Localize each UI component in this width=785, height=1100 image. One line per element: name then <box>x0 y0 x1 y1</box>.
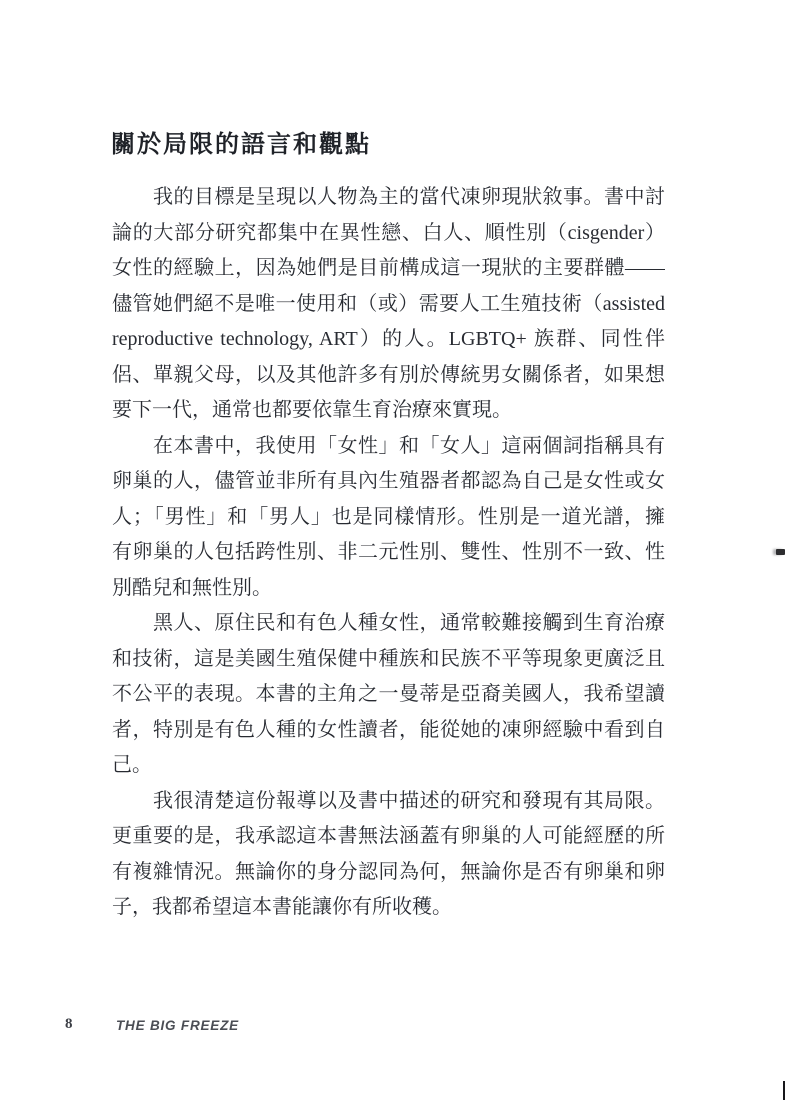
running-title: THE BIG FREEZE <box>116 1018 239 1033</box>
page-number: 8 <box>65 1016 73 1033</box>
paragraph: 我很清楚這份報導以及書中描述的研究和發現有其局限。 更重要的是，我承認這本書無法… <box>112 784 665 926</box>
text-line: reproductive technology, ART）的人。LGBTQ+ 族… <box>112 322 665 358</box>
text-line: 要下一代，通常也都要依靠生育治療來實現。 <box>112 393 665 429</box>
text-line: 人；「男性」和「男人」也是同樣情形。性別是一道光譜，擁 <box>112 500 665 536</box>
text-line: 儘管她們絕不是唯一使用和（或）需要人工生殖技術（assisted <box>112 287 665 323</box>
text-line: 在本書中，我使用「女性」和「女人」這兩個詞指稱具有 <box>112 429 665 465</box>
text-line: 女性的經驗上，因為她們是目前構成這一現狀的主要群體—— <box>112 251 665 287</box>
paragraph: 黑人、原住民和有色人種女性，通常較難接觸到生育治療 和技術，這是美國生殖保健中種… <box>112 606 665 784</box>
page-footer: 8 THE BIG FREEZE <box>0 1016 785 1038</box>
text-line: 我很清楚這份報導以及書中描述的研究和發現有其局限。 <box>112 784 665 820</box>
paragraph: 在本書中，我使用「女性」和「女人」這兩個詞指稱具有 卵巢的人，儘管並非所有具內生… <box>112 429 665 607</box>
text-line: 己。 <box>112 748 665 784</box>
text-line: 子，我都希望這本書能讓你有所收穫。 <box>112 890 665 926</box>
text-line: 有卵巢的人包括跨性別、非二元性別、雙性、性別不一致、性 <box>112 535 665 571</box>
paragraph: 我的目標是呈現以人物為主的當代凍卵現狀敘事。書中討 論的大部分研究都集中在異性戀… <box>112 180 665 429</box>
text-line: 更重要的是，我承認這本書無法涵蓋有卵巢的人可能經歷的所 <box>112 819 665 855</box>
text-line: 卵巢的人，儘管並非所有具內生殖器者都認為自己是女性或女 <box>112 464 665 500</box>
text-line: 有複雜情況。無論你的身分認同為何，無論你是否有卵巢和卵 <box>112 855 665 891</box>
text-line: 黑人、原住民和有色人種女性，通常較難接觸到生育治療 <box>112 606 665 642</box>
text-line: 不公平的表現。本書的主角之一曼蒂是亞裔美國人，我希望讀 <box>112 677 665 713</box>
scan-artifact-dash <box>776 549 785 555</box>
book-page: 關於局限的語言和觀點 我的目標是呈現以人物為主的當代凍卵現狀敘事。書中討 論的大… <box>0 0 785 1100</box>
text-line: 和技術，這是美國生殖保健中種族和民族不平等現象更廣泛且 <box>112 642 665 678</box>
text-line: 我的目標是呈現以人物為主的當代凍卵現狀敘事。書中討 <box>112 180 665 216</box>
body-text: 我的目標是呈現以人物為主的當代凍卵現狀敘事。書中討 論的大部分研究都集中在異性戀… <box>112 180 665 926</box>
section-heading: 關於局限的語言和觀點 <box>111 124 671 159</box>
text-line: 論的大部分研究都集中在異性戀、白人、順性別（cisgender） <box>112 216 665 252</box>
text-line: 侶、單親父母，以及其他許多有別於傳統男女關係者，如果想 <box>112 358 665 394</box>
text-line: 者，特別是有色人種的女性讀者，能從她的凍卵經驗中看到自 <box>112 713 665 749</box>
text-line: 別酷兒和無性別。 <box>112 571 665 607</box>
